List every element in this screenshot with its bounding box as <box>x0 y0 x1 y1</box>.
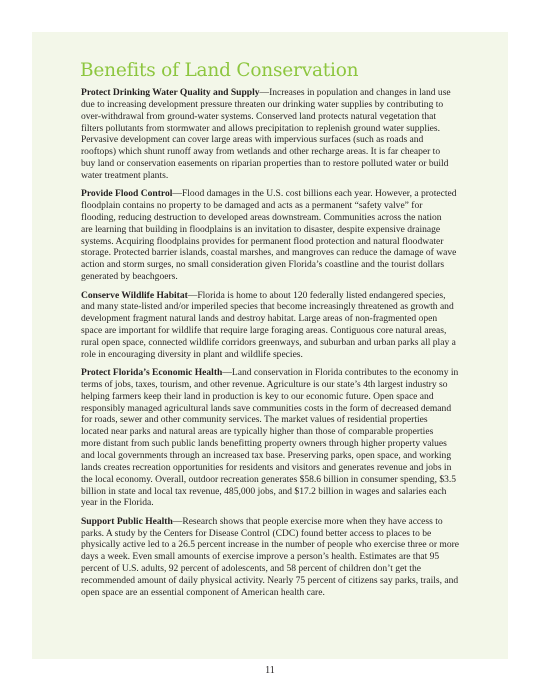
paragraph-line: generated by beachgoers. <box>81 271 481 283</box>
section-flood-control: Provide Flood Control—Flood damages in t… <box>81 188 481 283</box>
paragraph-line: lands creates recreation opportunities f… <box>81 462 481 474</box>
paragraph-line: rooftops) which shunt runoff away from w… <box>81 146 481 158</box>
paragraph-line: open space are an essential component of… <box>81 587 481 599</box>
paragraph-line: flooding, reducing destruction to develo… <box>81 212 481 224</box>
paragraph-line: systems. Acquiring floodplains provides … <box>81 236 481 248</box>
paragraph-line: filters pollutants from stormwater and a… <box>81 123 481 135</box>
section-public-health: Support Public Health—Research shows tha… <box>81 516 481 599</box>
paragraph-line: parks. A study by the Centers for Diseas… <box>81 528 481 540</box>
paragraph-line: days a week. Even small amounts of exerc… <box>81 551 481 563</box>
paragraph-line: terms of jobs, taxes, tourism, and other… <box>81 379 481 391</box>
body-content: Protect Drinking Water Quality and Suppl… <box>81 87 481 605</box>
paragraph-text: —Land conservation in Florida contribute… <box>222 367 458 378</box>
paragraph-line: Protect Florida’s Economic Health—Land c… <box>81 367 481 379</box>
paragraph-line: Protect Drinking Water Quality and Suppl… <box>81 87 481 99</box>
paragraph-line: development fragment natural lands and d… <box>81 313 481 325</box>
paragraph-line: recommended amount of daily physical act… <box>81 575 481 587</box>
paragraph-line: and many state-listed and/or imperiled s… <box>81 301 481 313</box>
paragraph-line: rural open space, connected wildlife cor… <box>81 337 481 349</box>
section-heading: Protect Drinking Water Quality and Suppl… <box>81 87 260 98</box>
paragraph-line: for roads, sewer and other community ser… <box>81 414 481 426</box>
paragraph-line: space are important for wildlife that re… <box>81 325 481 337</box>
paragraph-line: buy land or conservation easements on ri… <box>81 158 481 170</box>
section-drinking-water: Protect Drinking Water Quality and Suppl… <box>81 87 481 182</box>
paragraph-line: over-withdrawal from ground-water system… <box>81 111 481 123</box>
section-wildlife-habitat: Conserve Wildlife Habitat—Florida is hom… <box>81 290 481 361</box>
paragraph-text: —Research shows that people exercise mor… <box>173 516 443 527</box>
section-heading: Provide Flood Control <box>81 188 172 199</box>
page-number: 11 <box>0 665 540 677</box>
paragraph-text: —Increases in population and changes in … <box>260 87 451 98</box>
paragraph-line: helping farmers keep their land in produ… <box>81 391 481 403</box>
paragraph-line: are learning that building in floodplain… <box>81 224 481 236</box>
paragraph-line: and local governments through an increas… <box>81 450 481 462</box>
paragraph-line: Conserve Wildlife Habitat—Florida is hom… <box>81 290 481 302</box>
section-heading: Protect Florida’s Economic Health <box>81 367 222 378</box>
section-heading: Support Public Health <box>81 516 173 527</box>
paragraph-line: year in the Florida. <box>81 497 481 509</box>
paragraph-line: physically active led to a 26.5 percent … <box>81 539 481 551</box>
paragraph-text: —Flood damages in the U.S. cost billions… <box>172 188 456 199</box>
paragraph-line: role in encouraging diversity in plant a… <box>81 349 481 361</box>
paragraph-line: floodplain contains no property to be da… <box>81 200 481 212</box>
page-title: Benefits of Land Conservation <box>80 59 358 83</box>
paragraph-text: —Florida is home to about 120 federally … <box>188 290 446 301</box>
paragraph-line: due to increasing development pressure t… <box>81 99 481 111</box>
section-heading: Conserve Wildlife Habitat <box>81 290 188 301</box>
paragraph-line: Support Public Health—Research shows tha… <box>81 516 481 528</box>
paragraph-line: action and storm surges, no small consid… <box>81 259 481 271</box>
paragraph-line: located near parks and natural areas are… <box>81 426 481 438</box>
paragraph-line: Provide Flood Control—Flood damages in t… <box>81 188 481 200</box>
paragraph-line: water treatment plants. <box>81 170 481 182</box>
paragraph-line: the local economy. Overall, outdoor recr… <box>81 474 481 486</box>
paragraph-line: Pervasive development can cover large ar… <box>81 134 481 146</box>
paragraph-line: billion in state and local tax revenue, … <box>81 486 481 498</box>
section-economic-health: Protect Florida’s Economic Health—Land c… <box>81 367 481 509</box>
paragraph-line: percent of U.S. adults, 92 percent of ad… <box>81 563 481 575</box>
paragraph-line: more distant from such public lands bene… <box>81 438 481 450</box>
paragraph-line: storage. Protected barrier islands, coas… <box>81 247 481 259</box>
paragraph-line: responsibly managed agricultural lands s… <box>81 403 481 415</box>
